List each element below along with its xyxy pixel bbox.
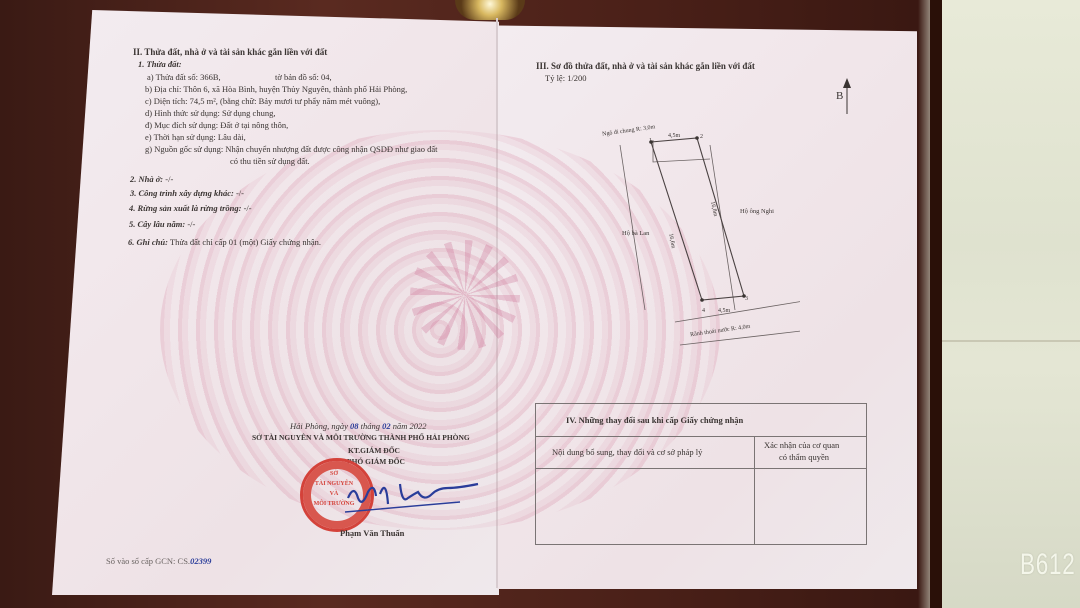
edge-top-length: 4,5m [668, 133, 680, 139]
table-divider [754, 436, 755, 544]
column-content: Nội dung bổ sung, thay đổi và cơ sở pháp… [552, 447, 702, 457]
wood-frame [930, 0, 942, 608]
edge-bottom-length: 4,5m [718, 308, 730, 314]
handwritten-signature [340, 474, 500, 524]
usage-term: e) Thời hạn sử dụng: Lâu dài, [145, 132, 246, 142]
signer-name: Phạm Văn Thuấn [340, 528, 404, 538]
signer-role-1: KT.GIÁM ĐỐC [348, 446, 400, 455]
usage-form: d) Hình thức sử dụng: Sử dụng chung, [145, 108, 275, 118]
section-iii-title: III. Sơ đồ thửa đất, nhà ở và tài sản kh… [536, 61, 755, 71]
point-3: 3 [745, 296, 748, 302]
neighbor-right: Hộ ông Nghi [740, 208, 774, 215]
point-4: 4 [702, 308, 705, 314]
parcel-address: b) Địa chỉ: Thôn 6, xã Hòa Bình, huyện T… [145, 84, 407, 94]
changes-table-header: IV. Những thay đổi sau khi cấp Giấy chứn… [536, 404, 866, 437]
subsection-land-title: 1. Thửa đất: [138, 59, 182, 69]
point-1: 1 [649, 138, 652, 144]
item-other-construction: 3. Công trình xây dựng khác: -/- [130, 188, 244, 198]
parcel-number: a) Thửa đất số: 366B, [147, 72, 221, 82]
point-2: 2 [700, 134, 703, 140]
drum-star-watermark [410, 240, 520, 350]
watermark: B612 [1020, 548, 1076, 582]
parcel-area: c) Diện tích: 74,5 m², (bằng chữ: Bảy mư… [145, 96, 380, 106]
wall-tile-line [942, 340, 1080, 342]
neighbor-left: Hộ bà Lan [622, 230, 649, 237]
usage-origin-cont: có thu tiền sử dụng đất. [230, 156, 310, 166]
map-sheet-number: tờ bản đồ số: 04, [275, 72, 332, 82]
section-iv-title: IV. Những thay đổi sau khi cấp Giấy chứn… [566, 415, 743, 425]
column-confirmation-line2: có thẩm quyền [779, 452, 829, 462]
issuing-agency: SỞ TÀI NGUYÊN VÀ MÔI TRƯỜNG THÀNH PHỐ HẢ… [252, 433, 470, 442]
item-note: 6. Ghi chú: Thửa đất chỉ cấp 01 (một) Gi… [128, 237, 321, 247]
issue-date: Hải Phòng, ngày 08 tháng 02 năm 2022 [290, 421, 426, 431]
item-house: 2. Nhà ở: -/- [130, 174, 173, 184]
land-parcel-diagram [560, 100, 800, 360]
column-confirmation-line1: Xác nhận của cơ quan [764, 440, 839, 450]
section-ii-title: II. Thửa đất, nhà ở và tài sản khác gắn … [133, 47, 327, 57]
item-perennial-trees: 5. Cây lâu năm: -/- [129, 219, 195, 229]
diagram-scale: Tỷ lệ: 1/200 [545, 73, 587, 83]
registry-number: Số vào sổ cấp GCN: CS.02399 [106, 556, 211, 566]
lamp-light [455, 0, 525, 20]
item-planted-forest: 4. Rừng sản xuất là rừng trồng: -/- [129, 203, 252, 213]
north-compass: B [840, 78, 854, 119]
usage-purpose: đ) Mục đích sử dụng: Đất ở tại nông thôn… [145, 120, 288, 130]
wall-background [942, 0, 1080, 608]
usage-origin: g) Nguồn gốc sử dụng: Nhận chuyển nhượng… [145, 144, 438, 154]
north-label: B [836, 90, 843, 102]
changes-table: IV. Những thay đổi sau khi cấp Giấy chứn… [535, 403, 867, 545]
changes-table-subheader: Nội dung bổ sung, thay đổi và cơ sở pháp… [536, 436, 866, 469]
